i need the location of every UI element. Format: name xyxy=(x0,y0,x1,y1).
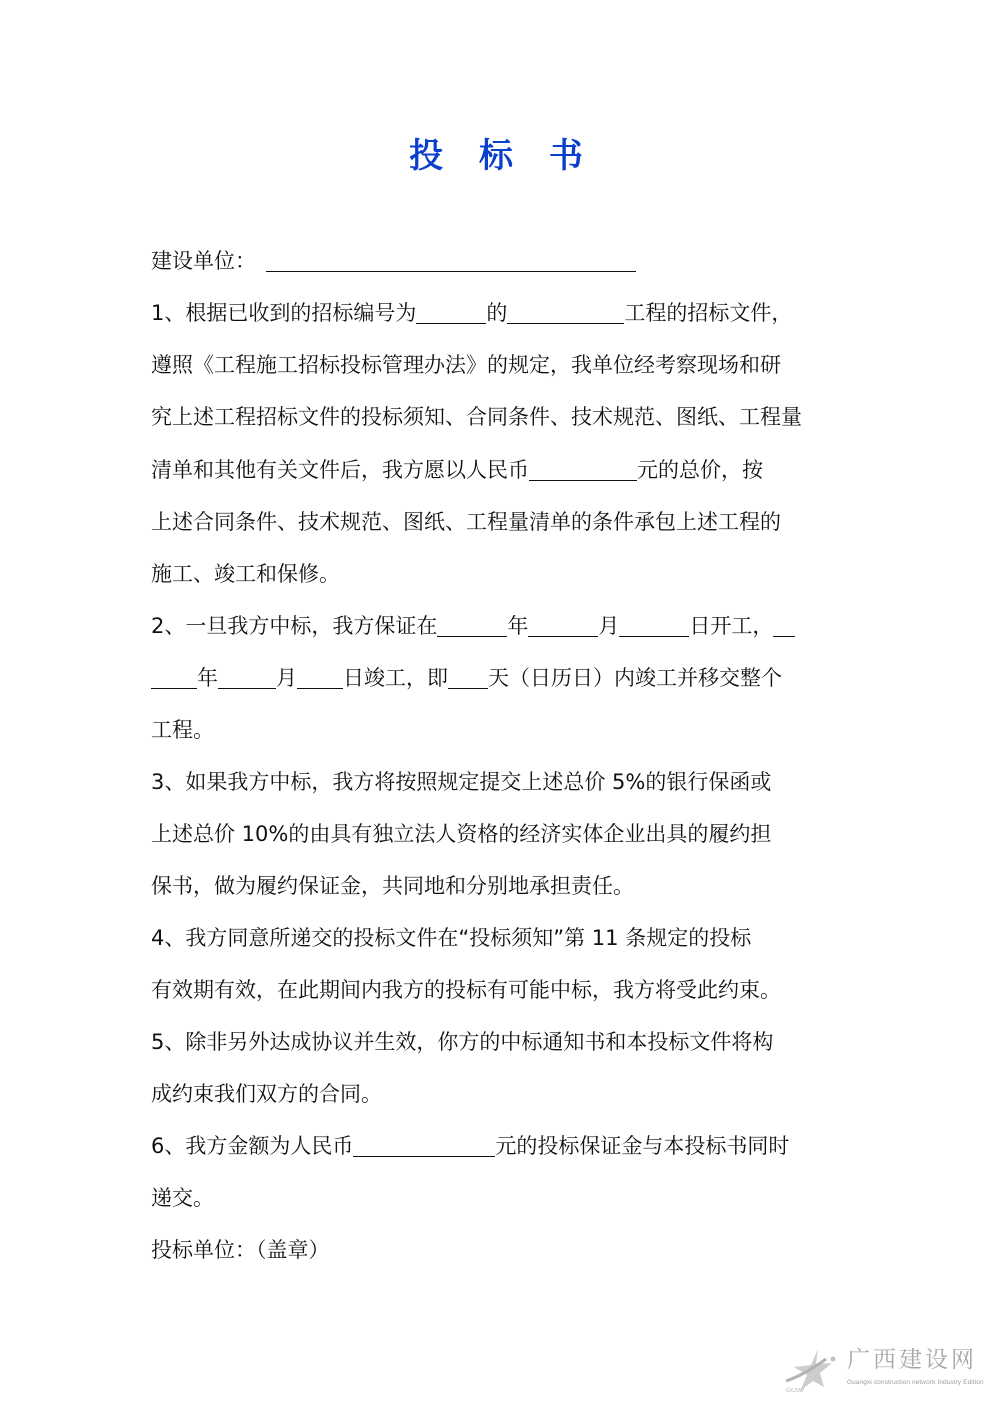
text: 的 xyxy=(486,301,507,325)
text: 年 xyxy=(507,614,528,638)
text: 工程的招标文件， xyxy=(624,301,792,325)
clause-4-line-2: 有效期有效，在此期间内我方的投标有可能中标，我方将受此约束。 xyxy=(151,975,781,1005)
text: 1、根据已收到的招标编号为 xyxy=(151,301,416,325)
text: 月 xyxy=(598,614,619,638)
project-name-field[interactable] xyxy=(507,301,624,324)
text: 天（日历日）内竣工并移交整个 xyxy=(488,666,782,690)
watermark-logo: GXJSW 广西建设网 Guangxi construction network… xyxy=(780,1343,985,1398)
clause-3-line-1: 3、如果我方中标，我方将按照规定提交上述总价 5%的银行保函或 xyxy=(151,767,771,797)
clause-6-line-2: 递交。 xyxy=(151,1183,214,1213)
clause-4-line-1: 4、我方同意所递交的投标文件在“投标须知”第 11 条规定的投标 xyxy=(151,923,751,953)
clause-1-line-6: 施工、竣工和保修。 xyxy=(151,559,340,589)
star-logo-icon: GXJSW xyxy=(780,1345,840,1395)
client-line: 建设单位： xyxy=(151,246,636,276)
clause-2-line-3: 工程。 xyxy=(151,715,214,745)
title-char: 书 xyxy=(549,132,583,180)
text: 2、一旦我方中标，我方保证在 xyxy=(151,614,437,638)
text: 元的总价，按 xyxy=(637,458,763,482)
clause-1-line-5: 上述合同条件、技术规范、图纸、工程量清单的条件承包上述工程的 xyxy=(151,507,781,537)
clause-1-line-3: 究上述工程招标文件的投标须知、合同条件、技术规范、图纸、工程量 xyxy=(151,402,802,432)
end-year-field-part-1[interactable] xyxy=(773,614,795,637)
text: 日竣工，即 xyxy=(343,666,448,690)
watermark-name-cn: 广西建设网 xyxy=(847,1345,977,1375)
clause-5-line-2: 成约束我们双方的合同。 xyxy=(151,1079,382,1109)
total-price-field[interactable] xyxy=(529,458,637,481)
clause-6-line-1: 6、我方金额为人民币元的投标保证金与本投标书同时 xyxy=(151,1131,789,1161)
tender-number-field[interactable] xyxy=(416,301,486,324)
text: 月 xyxy=(276,666,297,690)
text: 日开工， xyxy=(689,614,773,638)
title-char: 标 xyxy=(479,132,513,180)
clause-1-line-1: 1、根据已收到的招标编号为的工程的招标文件， xyxy=(151,298,792,328)
bidder-seal-line: 投标单位：（盖章） xyxy=(151,1235,330,1265)
clause-2-line-1: 2、一旦我方中标，我方保证在年月日开工， xyxy=(151,611,795,641)
client-label: 建设单位： xyxy=(151,249,256,273)
clause-2-line-2: 年月日竣工，即天（日历日）内竣工并移交整个 xyxy=(151,663,782,693)
clause-1-line-4: 清单和其他有关文件后，我方愿以人民币元的总价，按 xyxy=(151,455,763,485)
end-year-field[interactable] xyxy=(151,666,197,689)
end-day-field[interactable] xyxy=(297,666,343,689)
duration-days-field[interactable] xyxy=(448,666,488,689)
title-char: 投 xyxy=(409,132,443,180)
clause-1-line-2: 遵照《工程施工招标投标管理办法》的规定，我单位经考察现场和研 xyxy=(151,350,781,380)
clause-3-line-3: 保书，做为履约保证金，共同地和分别地承担责任。 xyxy=(151,871,634,901)
text: 年 xyxy=(197,666,218,690)
deposit-amount-field[interactable] xyxy=(353,1134,495,1157)
text: 6、我方金额为人民币 xyxy=(151,1134,353,1158)
start-year-field[interactable] xyxy=(437,614,507,637)
clause-5-line-1: 5、除非另外达成协议并生效，你方的中标通知书和本投标文件将构 xyxy=(151,1027,773,1057)
start-day-field[interactable] xyxy=(619,614,689,637)
client-name-field[interactable] xyxy=(266,249,636,272)
end-month-field[interactable] xyxy=(218,666,276,689)
clause-3-line-2: 上述总价 10%的由具有独立法人资格的经济实体企业出具的履约担 xyxy=(151,819,771,849)
start-month-field[interactable] xyxy=(528,614,598,637)
text: 元的投标保证金与本投标书同时 xyxy=(495,1134,789,1158)
page-title: 投 标 书 xyxy=(0,132,992,180)
watermark-name-en: Guangxi construction network Industry Ed… xyxy=(847,1379,984,1386)
svg-text:GXJSW: GXJSW xyxy=(786,1388,804,1394)
text: 清单和其他有关文件后，我方愿以人民币 xyxy=(151,458,529,482)
